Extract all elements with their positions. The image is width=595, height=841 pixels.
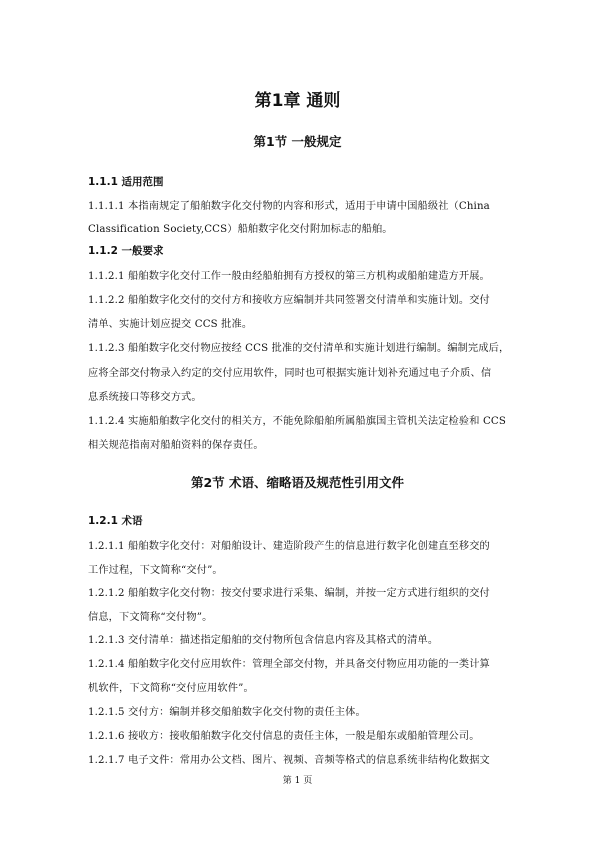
paragraph-line: 1.2.1.7 电子文件：常用办公文档、图片、视频、音频等格式的信息系统非结构化… (88, 751, 490, 766)
paragraph-line: 1.2.1.5 交付方：编制并移交船舶数字化交付物的责任主体。 (88, 703, 366, 718)
paragraph-line: 清单、实施计划应提交 CCS 批准。 (88, 315, 252, 330)
paragraph-line: 1.2.1.6 接收方：接收船舶数字化交付信息的责任主体，一般是船东或船舶管理公… (88, 727, 480, 742)
paragraph-line: 工作过程，下文简称“交付”。 (88, 561, 223, 576)
paragraph-line: Classification Society,CCS）船舶数字化交付附加标志的船… (88, 220, 393, 235)
paragraph-line: 1.1.2.4 实施船舶数字化交付的相关方，不能免除船舶所属船旗国主管机关法定检… (88, 412, 506, 427)
paragraph-line: 信息，下文简称“交付物”。 (88, 608, 212, 623)
chapter-title: 第1章 通则 (0, 86, 595, 111)
subsection-heading: 1.1.1 适用范围 (88, 174, 164, 189)
paragraph-line: 1.2.1.1 船舶数字化交付：对船舶设计、建造阶段产生的信息进行数字化创建直至… (88, 537, 490, 552)
page-number: 第 1 页 (0, 773, 595, 786)
paragraph-line: 机软件，下文简称“交付应用软件”。 (88, 679, 254, 694)
paragraph-line: 1.1.1.1 本指南规定了船舶数字化交付物的内容和形式，适用于申请中国船级社（… (88, 197, 490, 212)
section-title: 第1节 一般规定 (0, 132, 595, 150)
paragraph-line: 1.2.1.4 船舶数字化交付应用软件：管理全部交付物，并具备交付物应用功能的一… (88, 655, 490, 670)
paragraph-line: 1.1.2.2 船舶数字化交付的交付方和接收方应编制并共同签署交付清单和实施计划… (88, 291, 490, 306)
paragraph-line: 1.1.2.1 船舶数字化交付工作一般由经船舶拥有方授权的第三方机构或船舶建造方… (88, 267, 490, 282)
paragraph-line: 1.2.1.3 交付清单：描述指定船舶的交付物所包含信息内容及其格式的清单。 (88, 631, 438, 646)
paragraph-line: 1.1.2.3 船舶数字化交付物应按经 CCS 批准的交付清单和实施计划进行编制… (88, 339, 509, 354)
paragraph-line: 息系统接口等移交方式。 (88, 388, 202, 403)
section-title: 第2节 术语、缩略语及规范性引用文件 (0, 473, 595, 491)
paragraph-line: 相关规范指南对船舶资料的保存责任。 (88, 436, 264, 451)
paragraph-line: 应将全部交付物录入约定的交付应用软件，同时也可根据实施计划补充通过电子介质、信 (88, 364, 491, 379)
paragraph-line: 1.2.1.2 船舶数字化交付物：按交付要求进行采集、编制，并按一定方式进行组织… (88, 584, 490, 599)
subsection-heading: 1.2.1 术语 (88, 513, 143, 528)
subsection-heading: 1.1.2 一般要求 (88, 243, 164, 258)
